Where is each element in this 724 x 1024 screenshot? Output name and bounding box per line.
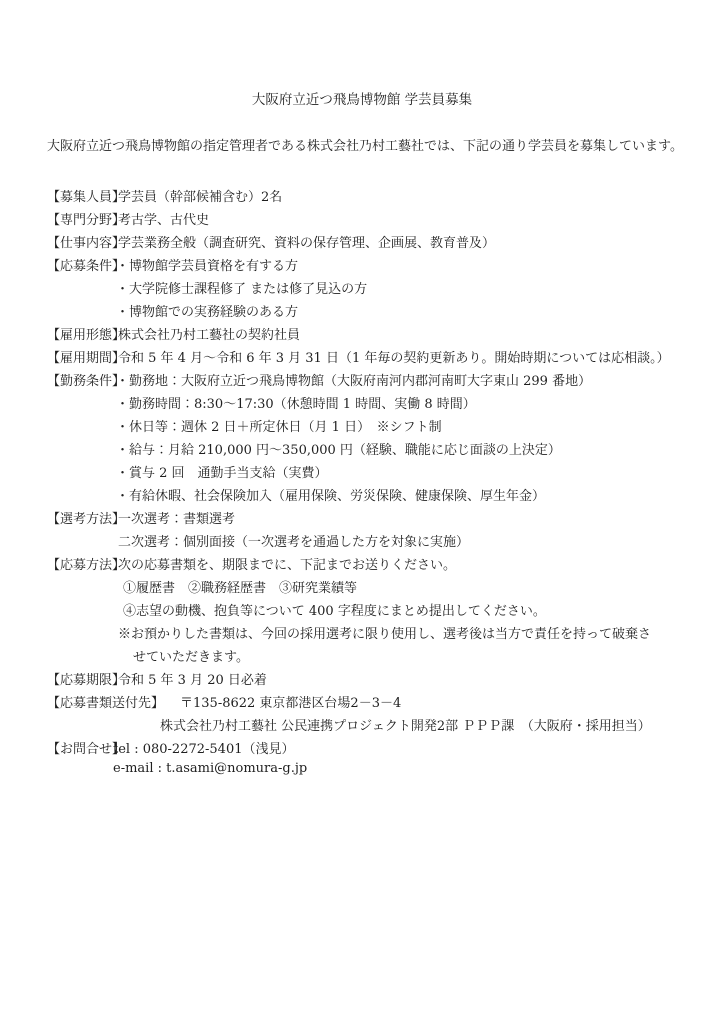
field-value: せていただきます。: [133, 646, 249, 665]
doc-line: ④志望の動機、抱負等について 400 字程度にまとめ提出してください。: [0, 600, 724, 623]
doc-line: 【応募書類送付先】〒135-8622 東京都港区台場2－3－4: [0, 692, 724, 715]
doc-line: ・大学院修士課程修了 または修了見込の方: [0, 278, 724, 301]
field-value: ・休日等：週休 2 日＋所定休日（月 1 日） ※シフト制: [116, 416, 442, 435]
field-value: ・勤務地：大阪府立近つ飛鳥博物館（大阪府南河内郡河南町大字東山 299 番地）: [116, 370, 591, 389]
field-value: 学芸業務全般（調査研究、資料の保存管理、企画展、教育普及）: [118, 232, 495, 251]
doc-line: 【お問合せ】tel : 080-2272-5401（浅見）: [0, 738, 724, 761]
doc-line: 【応募条件】・博物館学芸員資格を有する方: [0, 255, 724, 278]
field-value: ・給与：月給 210,000 円～350,000 円（経験、職能に応じ面談の上決…: [116, 439, 561, 458]
doc-line: ・休日等：週休 2 日＋所定休日（月 1 日） ※シフト制: [0, 416, 724, 439]
field-value: ・勤務時間：8:30～17:30（休憩時間 1 時間、実働 8 時間）: [116, 393, 476, 412]
field-label: 【勤務条件】: [47, 370, 125, 389]
field-label: 【応募方法】: [47, 554, 125, 573]
doc-line: ・有給休暇、社会保険加入（雇用保険、労災保険、健康保険、厚生年金）: [0, 485, 724, 508]
doc-line: ・賞与 2 回 通勤手当支給（実費）: [0, 462, 724, 485]
field-label: 【専門分野】: [47, 209, 125, 228]
field-label: 【募集人員】: [47, 186, 125, 205]
doc-line: 二次選考：個別面接（一次選考を通過した方を対象に実施）: [0, 531, 724, 554]
field-value: 令和 5 年 3 月 20 日必着: [118, 669, 267, 688]
document-rows: 【募集人員】学芸員（幹部候補含む）2名【専門分野】考古学、古代史【仕事内容】学芸…: [0, 186, 724, 784]
doc-line: 【応募方法】次の応募書類を、期限までに、下記までお送りください。: [0, 554, 724, 577]
field-value: ※お預かりした書類は、今回の採用選考に限り使用し、選考後は当方で責任を持って破棄…: [118, 623, 651, 642]
doc-line: 【雇用期間】令和 5 年 4 月～令和 6 年 3 月 31 日（1 年毎の契約…: [0, 347, 724, 370]
doc-line: ・勤務時間：8:30～17:30（休憩時間 1 時間、実働 8 時間）: [0, 393, 724, 416]
field-value: 株式会社乃村工藝社の契約社員: [118, 324, 300, 343]
doc-line: ・給与：月給 210,000 円～350,000 円（経験、職能に応じ面談の上決…: [0, 439, 724, 462]
doc-line: せていただきます。: [0, 646, 724, 669]
field-label: 【雇用期間】: [47, 347, 125, 366]
field-value: 株式会社乃村工藝社 公民連携プロジェクト開発2部 ＰＰＰ課 （大阪府・採用担当）: [160, 715, 651, 734]
field-label: 【仕事内容】: [47, 232, 125, 251]
doc-line: e-mail : t.asami@nomura-g.jp: [0, 761, 724, 784]
field-value: 令和 5 年 4 月～令和 6 年 3 月 31 日（1 年毎の契約更新あり。開…: [118, 347, 670, 366]
field-value: 次の応募書類を、期限までに、下記までお送りください。: [118, 554, 456, 573]
doc-line: 【勤務条件】・勤務地：大阪府立近つ飛鳥博物館（大阪府南河内郡河南町大字東山 29…: [0, 370, 724, 393]
field-value: 〒135-8622 東京都港区台場2－3－4: [180, 692, 401, 711]
doc-line: ・博物館での実務経験のある方: [0, 301, 724, 324]
doc-line: 株式会社乃村工藝社 公民連携プロジェクト開発2部 ＰＰＰ課 （大阪府・採用担当）: [0, 715, 724, 738]
field-value: ・博物館学芸員資格を有する方: [116, 255, 298, 274]
field-label: 【応募書類送付先】: [47, 692, 164, 711]
doc-line: 【募集人員】学芸員（幹部候補含む）2名: [0, 186, 724, 209]
field-value: ・博物館での実務経験のある方: [116, 301, 298, 320]
field-value: ・賞与 2 回 通勤手当支給（実費）: [116, 462, 328, 481]
doc-line: ①履歴書 ②職務経歴書 ③研究業績等: [0, 577, 724, 600]
field-label: 【雇用形態】: [47, 324, 125, 343]
doc-line: 【雇用形態】株式会社乃村工藝社の契約社員: [0, 324, 724, 347]
doc-line: 【選考方法】一次選考：書類選考: [0, 508, 724, 531]
intro-paragraph: 大阪府立近つ飛鳥博物館の指定管理者である株式会社乃村工藝社では、下記の通り学芸員…: [47, 135, 683, 154]
field-value: 学芸員（幹部候補含む）2名: [118, 186, 282, 205]
field-label: 【応募条件】: [47, 255, 125, 274]
field-label: 【応募期限】: [47, 669, 125, 688]
field-value: ①履歴書 ②職務経歴書 ③研究業績等: [123, 577, 357, 596]
doc-line: 【仕事内容】学芸業務全般（調査研究、資料の保存管理、企画展、教育普及）: [0, 232, 724, 255]
field-value: ・大学院修士課程修了 または修了見込の方: [116, 278, 367, 297]
field-value: 考古学、古代史: [118, 209, 209, 228]
field-value: ・有給休暇、社会保険加入（雇用保険、労災保険、健康保険、厚生年金）: [116, 485, 545, 504]
field-value: e-mail : t.asami@nomura-g.jp: [113, 761, 307, 776]
doc-line: ※お預かりした書類は、今回の採用選考に限り使用し、選考後は当方で責任を持って破棄…: [0, 623, 724, 646]
document-page: 大阪府立近つ飛鳥博物館 学芸員募集 大阪府立近つ飛鳥博物館の指定管理者である株式…: [0, 0, 724, 1024]
page-title: 大阪府立近つ飛鳥博物館 学芸員募集: [0, 88, 724, 108]
field-value: 二次選考：個別面接（一次選考を通過した方を対象に実施）: [118, 531, 469, 550]
doc-line: 【専門分野】考古学、古代史: [0, 209, 724, 232]
field-value: ④志望の動機、抱負等について 400 字程度にまとめ提出してください。: [123, 600, 546, 619]
field-label: 【選考方法】: [47, 508, 125, 527]
doc-line: 【応募期限】令和 5 年 3 月 20 日必着: [0, 669, 724, 692]
field-value: tel : 080-2272-5401（浅見）: [113, 738, 295, 757]
field-value: 一次選考：書類選考: [118, 508, 235, 527]
